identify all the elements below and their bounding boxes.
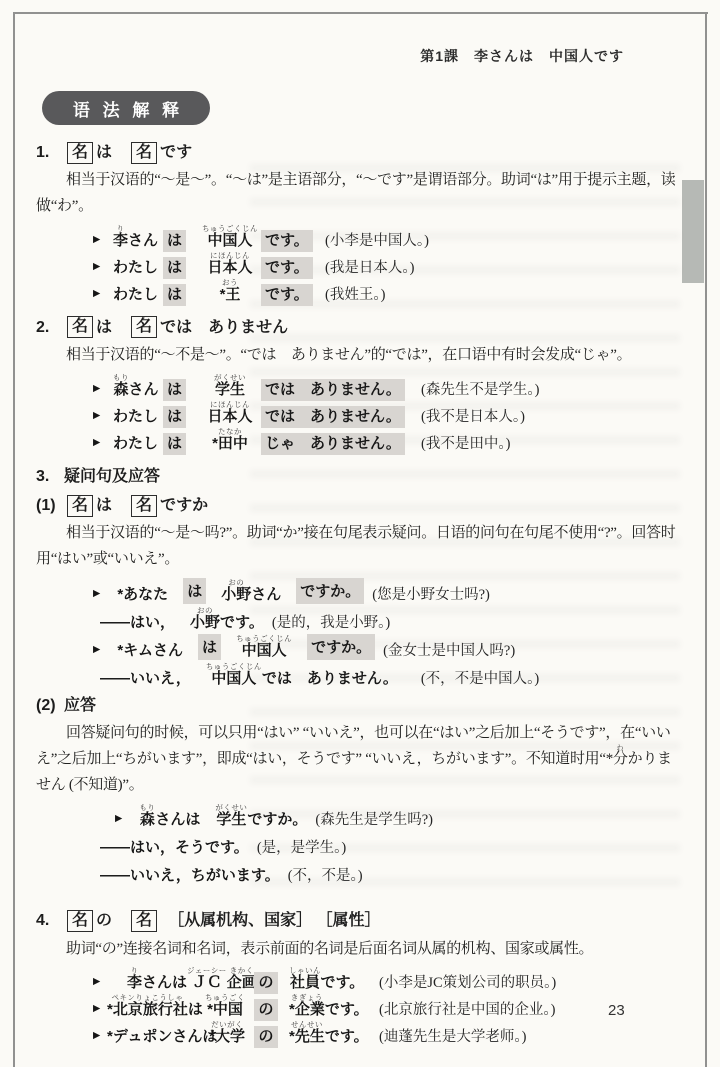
page-border-right (705, 12, 707, 1067)
furigana: ジェーシー (187, 966, 227, 975)
text-run: ▶ (93, 288, 100, 299)
furigana: にほんじん (207, 251, 252, 260)
furigana: ちゅうごく (205, 993, 245, 1002)
section-number: 2. (36, 316, 62, 339)
example-group: ▶李りさんはＪＣジェーシー企画きかくの社員しゃいんです。(小李是JC策划公司的职… (36, 966, 676, 1046)
text-run (124, 808, 139, 829)
highlighted-grammar-word: の (254, 972, 277, 994)
example-cell: わたし (113, 283, 163, 304)
chinese-translation: (不，不是中国人。) (421, 667, 539, 688)
highlighted-grammar-word: ですか。 (307, 634, 375, 660)
ruby-annotated-word: 李り (127, 974, 142, 991)
highlighted-grammar-word: です。 (261, 284, 313, 306)
grammar-pattern-heading: (2)应答 (36, 694, 676, 717)
ruby-annotated-word: 分わ (613, 751, 628, 767)
example-cell: わたし (113, 432, 163, 453)
chinese-translation: (北京旅行社是中国的企业。) (379, 1002, 555, 1018)
furigana: ペキンりょこうしゃ (107, 993, 188, 1002)
furigana: がくせい (214, 373, 246, 382)
section-number: 4. (36, 909, 62, 932)
furigana: ちゅうごくじん (202, 224, 258, 233)
chinese-translation: (是的，我是小野。) (272, 611, 390, 632)
ruby-annotated-word: *北京旅行社ペキンりょこうしゃ (107, 1001, 188, 1018)
highlighted-grammar-word: は (163, 284, 186, 306)
chinese-translation: (森先生不是学生。) (421, 382, 539, 398)
example-cell: (我是日本人。) (325, 256, 414, 277)
text-run: さんは (155, 808, 200, 829)
text-run: 助词“の”连接名词和名词，表示前面的名词是后面名词从属的机构、国家或属性。 (66, 941, 593, 957)
ruby-annotated-word: 中国人ちゅうごくじん (236, 634, 292, 660)
example-cell: わたし (113, 405, 163, 426)
grammar-pattern-heading: 2.名は 名では ありません (36, 316, 676, 339)
example-cell: です。 (261, 283, 317, 304)
example-cell: (我姓王。) (325, 283, 385, 304)
chinese-translation: (是，是学生。) (257, 836, 346, 857)
highlighted-grammar-word: ですか。 (296, 578, 364, 604)
chinese-translation: (我是日本人。) (325, 260, 414, 276)
chapter-edge-tab (682, 180, 704, 283)
furigana: おの (221, 578, 251, 587)
ruby-annotated-word: 中国人ちゅうごくじん (206, 662, 262, 688)
section-number: (2) (36, 694, 62, 717)
example-cell: (我不是田中。) (421, 432, 510, 453)
highlighted-grammar-word: です。 (261, 257, 313, 279)
text-run: は (96, 494, 112, 517)
text-run (281, 583, 296, 604)
example-cell: 社員しゃいんです。 (289, 966, 373, 992)
example-bullet-icon: ▶ (93, 644, 100, 660)
example-cell: *中国ちゅうごく (187, 993, 245, 1019)
furigana: せんせい (289, 1020, 325, 1029)
text-run (221, 639, 236, 660)
furigana: おう (220, 278, 241, 287)
furigana: もり (139, 803, 155, 812)
example-cell: 李りさんは (107, 966, 187, 992)
text-run: は (96, 316, 112, 339)
example-cell: の (253, 971, 279, 992)
noun-placeholder-box: 名 (67, 142, 93, 164)
highlighted-grammar-word: は (163, 257, 186, 279)
noun-placeholder-box: 名 (131, 316, 157, 338)
noun-placeholder-box: 名 (131, 910, 157, 932)
example-cell: 森もりさん (113, 373, 163, 399)
example-cell: は (163, 378, 199, 399)
furigana: もり (113, 373, 129, 382)
text-run: です。 (220, 611, 264, 632)
section-number: (1) (36, 494, 62, 517)
furigana: り (113, 224, 128, 233)
example-cell: じゃ ありません。 (261, 432, 413, 453)
highlighted-grammar-word: の (254, 1026, 277, 1048)
text-run: ［从属机构、国家］ ［属性］ (160, 909, 380, 932)
text-run (102, 583, 117, 604)
example-cell: 学生がくせい (199, 373, 261, 399)
text-run: わたし (113, 435, 158, 452)
example-cell: *北京旅行社ペキンりょこうしゃは (107, 993, 187, 1019)
text-run: ▶ (93, 261, 100, 272)
example-cell: *デュポンさんは (107, 1025, 187, 1046)
textbook-page: 第1課 李さんは 中国人です 语 法 解 释 1.名は 名です相当于汉语的“～是… (0, 0, 720, 1067)
text-run: わたし (113, 286, 158, 303)
highlighted-grammar-word: では ありません。 (261, 406, 405, 428)
highlighted-grammar-word: は (198, 634, 221, 660)
chinese-translation: (您是小野女士吗?) (372, 583, 490, 604)
text-run: *キムさん (117, 639, 183, 660)
page-number: 23 (608, 1002, 625, 1019)
ruby-annotated-word: *王おう (220, 286, 241, 303)
text-run (206, 583, 221, 604)
chinese-translation: (我不是田中。) (421, 436, 510, 452)
example-cell: の (253, 998, 279, 1019)
text-run (102, 639, 117, 660)
text-run: ——いいえ，ちがいます。 (100, 864, 280, 885)
highlighted-grammar-word: じゃ ありません。 (261, 433, 405, 455)
text-run: 应答 (64, 694, 96, 717)
example-cell: (我不是日本人。) (421, 405, 525, 426)
ruby-annotated-word: 中国人ちゅうごくじん (202, 232, 258, 249)
example-bullet-icon: ▶ (93, 288, 113, 304)
highlighted-grammar-word: です。 (261, 230, 313, 252)
text-run: ですか。 (247, 808, 307, 829)
answer-line: ——はい，そうです。(是，是学生。) (36, 830, 676, 857)
text-run (292, 639, 307, 660)
example-cell: は (163, 283, 199, 304)
example-bullet-icon: ▶ (93, 1030, 107, 1046)
text-run: さん (251, 583, 281, 604)
highlighted-grammar-word: は (163, 379, 186, 401)
example-bullet-icon: ▶ (93, 383, 113, 399)
chinese-translation: (森先生是学生吗?) (315, 808, 433, 829)
text-run (398, 667, 413, 688)
example-row: ▶李りさんはＪＣジェーシー企画きかくの社員しゃいんです。(小李是JC策划公司的职… (36, 966, 676, 992)
ruby-annotated-word: 日本人にほんじん (207, 259, 252, 276)
question-line: ▶ *あなた は 小野おのさん ですか。(您是小野女士吗?) (36, 577, 676, 604)
text-run (168, 583, 183, 604)
text-run: ▶ (93, 1030, 100, 1041)
furigana: きぎょう (289, 993, 325, 1002)
ruby-annotated-word: 小野おの (221, 578, 251, 604)
example-cell: の (253, 1025, 279, 1046)
example-row: ▶森もりさんは学生がくせいでは ありません。(森先生不是学生。) (36, 373, 676, 399)
answer-line: ——いいえ，ちがいます。(不，不是。) (36, 858, 676, 885)
explanation-paragraph: 助词“の”连接名词和名词，表示前面的名词是后面名词从属的机构、国家或属性。 (36, 937, 676, 963)
furigana: しゃいん (289, 966, 321, 975)
example-cell: は (163, 432, 199, 453)
text-run (112, 316, 128, 339)
ruby-annotated-word: 学生がくせい (214, 381, 246, 398)
explanation-paragraph: 回答疑问句的时候，可以只用“はい” “いいえ”，也可以在“はい”之后加上“そうで… (36, 721, 676, 798)
text-run (191, 667, 206, 688)
example-cell: *王おう (199, 278, 261, 304)
example-cell: (森先生不是学生。) (421, 378, 539, 399)
text-run: です。 (321, 974, 365, 991)
page-content: 第1課 李さんは 中国人です 语 法 解 释 1.名は 名です相当于汉语的“～是… (36, 0, 676, 1056)
ruby-annotated-word: 森もり (139, 803, 155, 829)
chinese-translation: (迪蓬先生是大学老师。) (379, 1029, 526, 1045)
text-run: ▶ (93, 437, 100, 448)
explanation-paragraph: 相当于汉语的“～不是～”。“では ありません”的“では”，在口语中有时会发成“じ… (36, 343, 676, 369)
example-row: ▶わたしは日本人にほんじんです。(我是日本人。) (36, 251, 676, 277)
text-run: では ありません (160, 316, 288, 339)
example-cell: 中国人ちゅうごくじん (199, 224, 261, 250)
noun-placeholder-box: 名 (67, 910, 93, 932)
chinese-translation: (不，不是。) (288, 864, 363, 885)
highlighted-grammar-word: は (163, 433, 186, 455)
text-run: さん (128, 232, 158, 249)
ruby-annotated-word: *中国ちゅうごく (205, 1001, 245, 1018)
furigana: おの (190, 606, 220, 615)
text-run: 疑问句及应答 (64, 465, 160, 488)
example-cell: *大学だいがく (187, 1020, 245, 1046)
furigana: わ (613, 744, 628, 752)
example-cell: では ありません。 (261, 378, 413, 399)
example-cell: (小李是JC策划公司的职员。) (379, 971, 556, 992)
furigana: ちゅうごくじん (236, 634, 292, 643)
example-group: ▶森もりさんは学生がくせいでは ありません。(森先生不是学生。)▶わたしは日本人… (36, 373, 676, 453)
text-run: さん (129, 381, 159, 398)
ruby-annotated-word: 学生がくせい (215, 803, 247, 829)
example-row: ▶*北京旅行社ペキンりょこうしゃは*中国ちゅうごくの*企業きぎょうです。(北京旅… (36, 993, 676, 1019)
answer-line: ——いいえ， 中国人ちゅうごくじんでは ありません。 (不，不是中国人。) (36, 661, 676, 688)
highlighted-grammar-word: の (254, 999, 277, 1021)
answer-line: ——はい， 小野おのです。(是的，我是小野。) (36, 605, 676, 632)
chinese-translation: (小李是JC策划公司的职员。) (379, 975, 556, 991)
text-run: では ありません。 (262, 667, 398, 688)
example-cell: では ありません。 (261, 405, 413, 426)
example-row: ▶李りさんは中国人ちゅうごくじんです。(小李是中国人。) (36, 224, 676, 250)
example-bullet-icon: ▶ (93, 588, 100, 604)
ruby-annotated-word: 李り (113, 232, 128, 249)
text-run: *あなた (117, 583, 168, 604)
noun-placeholder-box: 名 (131, 495, 157, 517)
furigana: だいがく (209, 1020, 245, 1029)
highlighted-grammar-word: は (183, 578, 206, 604)
explanation-paragraph: 相当于汉语的“～是～吗?”。助词“か”接在句尾表示疑问。日语的问句在句尾不使用“… (36, 521, 676, 573)
example-cell: 日本人にほんじん (199, 400, 261, 426)
example-bullet-icon: ▶ (93, 261, 113, 277)
furigana: り (127, 966, 142, 975)
ruby-annotated-word: 小野おの (190, 606, 220, 632)
text-run: ▶ (93, 234, 100, 245)
example-cell: (北京旅行社是中国的企业。) (379, 998, 555, 1019)
highlighted-grammar-word: は (163, 406, 186, 428)
text-run: わたし (113, 259, 158, 276)
example-cell: です。 (261, 229, 317, 250)
example-cell: *田中たなか (199, 427, 261, 453)
example-bullet-icon: ▶ (93, 976, 107, 992)
furigana: ちゅうごくじん (206, 662, 262, 671)
example-row: ▶わたしは*田中たなかじゃ ありません。(我不是田中。) (36, 427, 676, 453)
example-cell: ＪＣジェーシー企画きかく (187, 966, 245, 992)
example-bullet-icon: ▶ (93, 1003, 107, 1019)
text-run (200, 808, 215, 829)
text-run (175, 611, 190, 632)
ruby-annotated-word: 森もり (113, 381, 129, 398)
furigana: たなか (212, 427, 248, 436)
grammar-pattern-heading: 3.疑问句及应答 (36, 465, 676, 488)
text-run: ——はい， (100, 611, 175, 632)
ruby-annotated-word: *企業きぎょう (289, 1001, 325, 1018)
text-run (183, 639, 198, 660)
example-cell: 日本人にほんじん (199, 251, 261, 277)
example-row: ▶わたしは*王おうです。(我姓王。) (36, 278, 676, 304)
text-run: 相当于汉语的“～是～”。“～は”是主语部分，“～です”是谓语部分。助词“は”用于… (36, 172, 675, 214)
example-cell: は (163, 229, 199, 250)
example-cell: は (163, 405, 199, 426)
text-run: ですか (160, 494, 208, 517)
text-run: ▶ (93, 976, 100, 987)
text-run: です。 (325, 1001, 369, 1018)
chinese-translation: (小李是中国人。) (325, 233, 429, 249)
document-body: 1.名は 名です相当于汉语的“～是～”。“～は”是主语部分，“～です”是谓语部分… (36, 141, 676, 1046)
text-run (112, 494, 128, 517)
noun-placeholder-box: 名 (67, 316, 93, 338)
text-run: さんは (142, 974, 187, 991)
example-cell: です。 (261, 256, 317, 277)
ruby-annotated-word: *大学だいがく (209, 1028, 245, 1045)
text-run: は (96, 141, 112, 164)
question-line: ▶ 森もりさんは 学生がくせいですか。(森先生是学生吗?) (36, 802, 676, 829)
lesson-title: 第1課 李さんは 中国人です (36, 0, 624, 66)
example-bullet-icon: ▶ (115, 813, 122, 829)
chinese-translation: (我不是日本人。) (421, 409, 525, 425)
example-bullet-icon: ▶ (93, 410, 113, 426)
section-number: 1. (36, 141, 62, 164)
furigana: にほんじん (207, 400, 252, 409)
text-run (112, 141, 128, 164)
text-run: です。 (325, 1028, 369, 1045)
furigana: がくせい (215, 803, 247, 812)
example-cell: (迪蓬先生是大学老师。) (379, 1025, 526, 1046)
text-run: ——いいえ， (100, 667, 191, 688)
text-run: わたし (113, 408, 158, 425)
section-number: 3. (36, 465, 62, 488)
grammar-pattern-heading: 4.名の 名 ［从属机构、国家］ ［属性］ (36, 909, 676, 932)
page-border-left (13, 12, 15, 1067)
example-cell: は (163, 256, 199, 277)
text-run: ▶ (93, 383, 100, 394)
text-run: 相当于汉语的“～不是～”。“では ありません”的“では”，在口语中有时会发成“じ… (66, 347, 631, 363)
highlighted-grammar-word: は (163, 230, 186, 252)
ruby-annotated-word: *先生せんせい (289, 1028, 325, 1045)
text-run: ▶ (93, 410, 100, 421)
example-bullet-icon: ▶ (93, 234, 113, 250)
question-line: ▶ *キムさん は 中国人ちゅうごくじん ですか。(金女士是中国人吗?) (36, 633, 676, 660)
highlighted-grammar-word: では ありません。 (261, 379, 405, 401)
chinese-translation: (金女士是中国人吗?) (383, 639, 515, 660)
example-cell: わたし (113, 256, 163, 277)
text-run: ——はい，そうです。 (100, 836, 249, 857)
example-group: ▶李りさんは中国人ちゅうごくじんです。(小李是中国人。)▶わたしは日本人にほんじ… (36, 224, 676, 304)
example-cell: *企業きぎょうです。 (289, 993, 373, 1019)
example-bullet-icon: ▶ (93, 437, 113, 453)
text-run: です (160, 141, 192, 164)
noun-placeholder-box: 名 (67, 495, 93, 517)
grammar-pattern-heading: 1.名は 名です (36, 141, 676, 164)
text-run (112, 909, 128, 932)
example-cell: 李りさん (113, 224, 163, 250)
explanation-paragraph: 相当于汉语的“～是～”。“～は”是主语部分，“～です”是谓语部分。助词“は”用于… (36, 168, 676, 220)
text-run: 相当于汉语的“～是～吗?”。助词“か”接在句尾表示疑问。日语的问句在句尾不使用“… (36, 525, 675, 567)
example-row: ▶わたしは日本人にほんじんでは ありません。(我不是日本人。) (36, 400, 676, 426)
ruby-annotated-word: *田中たなか (212, 435, 248, 452)
noun-placeholder-box: 名 (131, 142, 157, 164)
ruby-annotated-word: ＪＣジェーシー (187, 974, 227, 991)
text-run: 回答疑问句的时候，可以只用“はい” “いいえ”，也可以在“はい”之后加上“そうで… (36, 725, 671, 767)
example-cell: *先生せんせいです。 (289, 1020, 373, 1046)
example-row: ▶*デュポンさんは*大学だいがくの*先生せんせいです。(迪蓬先生是大学老师。) (36, 1020, 676, 1046)
ruby-annotated-word: 社員しゃいん (289, 974, 321, 991)
example-cell: (小李是中国人。) (325, 229, 429, 250)
grammar-pattern-heading: (1)名は 名ですか (36, 494, 676, 517)
text-run: の (96, 909, 112, 932)
text-run: ▶ (93, 1003, 100, 1014)
chinese-translation: (我姓王。) (325, 287, 385, 303)
grammar-section-badge: 语 法 解 释 (42, 91, 210, 125)
ruby-annotated-word: 日本人にほんじん (207, 408, 252, 425)
